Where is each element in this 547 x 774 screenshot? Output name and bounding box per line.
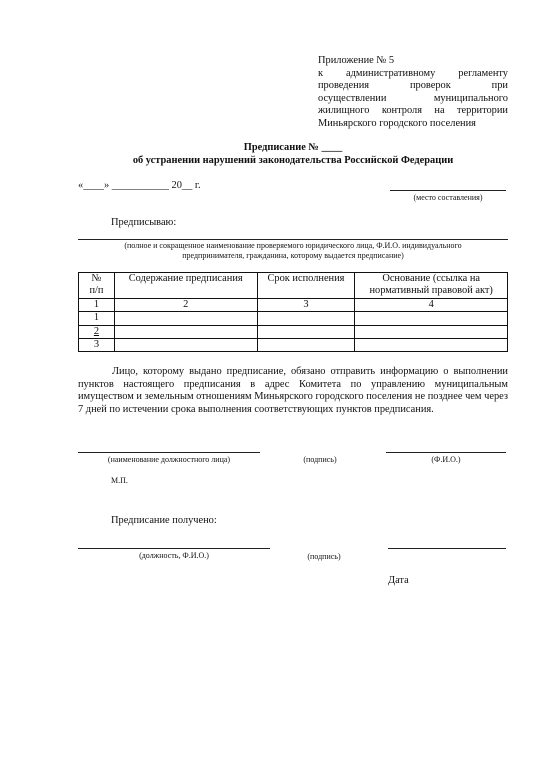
header-number-line-1: № xyxy=(81,273,112,285)
receipt-signature-caption: (подпись) xyxy=(284,552,364,562)
table-row: 1 xyxy=(79,312,508,325)
table-header-row: № п/п Содержание предписания Срок исполн… xyxy=(79,273,508,299)
row-number: 2 xyxy=(79,325,115,338)
header-basis: Основание (ссылка на нормативный правово… xyxy=(355,273,508,299)
place-underline xyxy=(390,190,506,191)
date-field: «____» ___________ 20__ г. xyxy=(78,180,201,193)
column-number: 2 xyxy=(114,298,257,311)
receipt-label: Предписание получено: xyxy=(111,515,217,528)
document-title: Предписание № ____ об устранении нарушен… xyxy=(78,142,508,167)
cell-basis[interactable] xyxy=(355,325,508,338)
subject-caption: (полное и сокращенное наименование прове… xyxy=(78,241,508,261)
issuer-signature-caption: (подпись) xyxy=(280,455,360,465)
cell-basis[interactable] xyxy=(355,312,508,325)
column-number: 4 xyxy=(355,298,508,311)
row-number: 1 xyxy=(79,312,115,325)
title-line-2: об устранении нарушений законодательства… xyxy=(78,155,508,168)
table-row: 2 xyxy=(79,325,508,338)
table-row: 3 xyxy=(79,339,508,352)
header-basis-line-2: нормативный правовой акт) xyxy=(357,285,505,297)
header-content: Содержание предписания xyxy=(114,273,257,299)
column-number: 3 xyxy=(257,298,355,311)
table-numbering-row: 1 2 3 4 xyxy=(79,298,508,311)
stamp-label: М.П. xyxy=(111,476,128,486)
place-caption: (место составления) xyxy=(390,193,506,203)
appendix-header: Приложение № 5 к административному регла… xyxy=(318,55,508,131)
receipt-date-underline xyxy=(388,548,506,549)
appendix-line: проведения проверок при xyxy=(318,80,508,93)
appendix-line: к административному регламенту xyxy=(318,68,508,81)
title-line-1: Предписание № ____ xyxy=(78,142,508,155)
appendix-line: осуществлении муниципального xyxy=(318,93,508,106)
receipt-date-label: Дата xyxy=(388,575,409,588)
appendix-line: Миньярского городского поселения xyxy=(318,118,508,131)
header-basis-line-1: Основание (ссылка на xyxy=(357,273,505,285)
prescription-table: № п/п Содержание предписания Срок исполн… xyxy=(78,272,508,352)
row-number: 3 xyxy=(79,339,115,352)
subject-caption-line-2: предпринимателя, гражданина, которому вы… xyxy=(78,251,508,261)
issuer-position-underline xyxy=(78,452,260,453)
issuer-fio-caption: (Ф.И.О.) xyxy=(386,455,506,465)
receipt-position-caption: (должность, Ф.И.О.) xyxy=(78,551,270,561)
cell-content[interactable] xyxy=(114,312,257,325)
header-number: № п/п xyxy=(79,273,115,299)
notice-text: Лицо, которому выдано предписание, обяза… xyxy=(78,366,508,416)
column-number: 1 xyxy=(79,298,115,311)
header-number-line-2: п/п xyxy=(81,285,112,297)
subject-caption-line-1: (полное и сокращенное наименование прове… xyxy=(78,241,508,251)
appendix-line: жилищного контроля на территории xyxy=(318,105,508,118)
notice-paragraph: Лицо, которому выдано предписание, обяза… xyxy=(78,366,508,416)
cell-content[interactable] xyxy=(114,339,257,352)
issuer-position-caption: (наименование должностного лица) xyxy=(78,455,260,465)
receipt-position-underline xyxy=(78,548,270,549)
cell-deadline[interactable] xyxy=(257,312,355,325)
cell-deadline[interactable] xyxy=(257,339,355,352)
subject-underline xyxy=(78,239,508,240)
prescribe-label: Предписываю: xyxy=(111,217,176,230)
issuer-fio-underline xyxy=(386,452,506,453)
header-deadline: Срок исполнения xyxy=(257,273,355,299)
appendix-line: Приложение № 5 xyxy=(318,55,508,68)
cell-deadline[interactable] xyxy=(257,325,355,338)
cell-basis[interactable] xyxy=(355,339,508,352)
cell-content[interactable] xyxy=(114,325,257,338)
